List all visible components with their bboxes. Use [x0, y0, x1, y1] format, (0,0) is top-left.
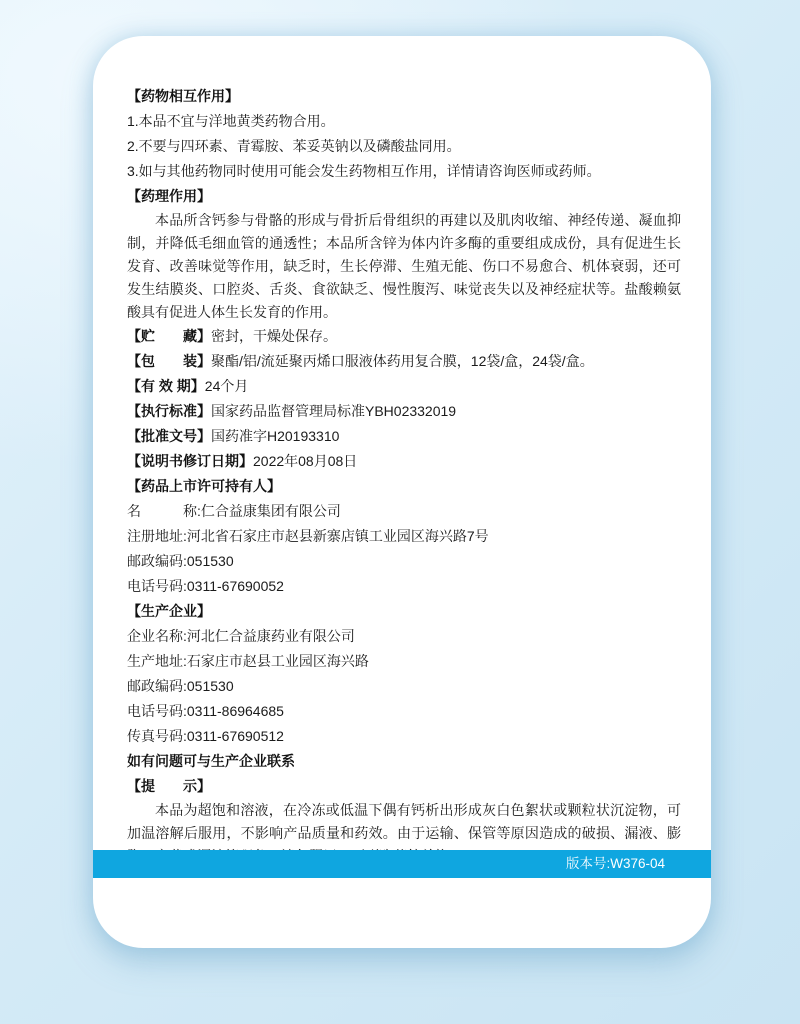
shelf-life-label: 【有 效 期】 [127, 378, 205, 394]
packaging-label: 【包 装】 [127, 353, 211, 369]
shelf-life-value: 24个月 [205, 378, 249, 394]
standard-label: 【执行标准】 [127, 403, 211, 419]
standard-value: 国家药品监督管理局标准YBH02332019 [211, 403, 456, 419]
revision-date-value: 2022年08月08日 [253, 453, 357, 469]
storage-label: 【贮 藏】 [127, 328, 211, 344]
drug-interaction-item-3: 3.如与其他药物同时使用可能会发生药物相互作用，详情请咨询医师或药师。 [127, 159, 681, 184]
packaging-value: 聚酯/铝/流延聚丙烯口服液体药用复合膜，12袋/盒，24袋/盒。 [211, 353, 594, 369]
section-heading-drug-interactions: 【药物相互作用】 [127, 84, 681, 109]
packaging-row: 【包 装】聚酯/铝/流延聚丙烯口服液体药用复合膜，12袋/盒，24袋/盒。 [127, 349, 681, 374]
pharmacology-paragraph: 本品所含钙参与骨骼的形成与骨折后骨组织的再建以及肌肉收缩、神经传递、凝血抑制，并… [127, 209, 681, 324]
approval-number-label: 【批准文号】 [127, 428, 211, 444]
manufacturer-company-name: 企业名称:河北仁合益康药业有限公司 [127, 624, 681, 649]
license-holder-registered-address: 注册地址:河北省石家庄市赵县新寨店镇工业园区海兴路7号 [127, 524, 681, 549]
manufacturer-contact-note: 如有问题可与生产企业联系 [127, 749, 681, 774]
drug-interaction-item-1: 1.本品不宜与洋地黄类药物合用。 [127, 109, 681, 134]
tips-row: 【提 示】 [127, 774, 681, 799]
revision-date-row: 【说明书修订日期】2022年08月08日 [127, 449, 681, 474]
manufacturer-phone: 电话号码:0311-86964685 [127, 699, 681, 724]
section-heading-license-holder: 【药品上市许可持有人】 [127, 474, 681, 499]
standard-row: 【执行标准】国家药品监督管理局标准YBH02332019 [127, 399, 681, 424]
license-holder-name: 名 称:仁合益康集团有限公司 [127, 499, 681, 524]
revision-date-label: 【说明书修订日期】 [127, 453, 253, 469]
leaflet-content: 【药物相互作用】 1.本品不宜与洋地黄类药物合用。 2.不要与四环素、青霉胺、苯… [127, 84, 681, 868]
manufacturer-fax: 传真号码:0311-67690512 [127, 724, 681, 749]
tips-label: 【提 示】 [127, 778, 211, 794]
license-holder-phone: 电话号码:0311-67690052 [127, 574, 681, 599]
drug-interaction-item-2: 2.不要与四环素、青霉胺、苯妥英钠以及磷酸盐同用。 [127, 134, 681, 159]
manufacturer-postal-code: 邮政编码:051530 [127, 674, 681, 699]
storage-value: 密封，干燥处保存。 [211, 328, 337, 344]
page-background: 【药物相互作用】 1.本品不宜与洋地黄类药物合用。 2.不要与四环素、青霉胺、苯… [0, 0, 800, 1024]
storage-row: 【贮 藏】密封，干燥处保存。 [127, 324, 681, 349]
shelf-life-row: 【有 效 期】24个月 [127, 374, 681, 399]
license-holder-postal-code: 邮政编码:051530 [127, 549, 681, 574]
manufacturer-production-address: 生产地址:石家庄市赵县工业园区海兴路 [127, 649, 681, 674]
footer-version-bar: 版本号:W376-04 [93, 850, 711, 878]
version-number: 版本号:W376-04 [566, 856, 665, 871]
approval-number-value: 国药准字H20193310 [211, 428, 339, 444]
section-heading-manufacturer: 【生产企业】 [127, 599, 681, 624]
section-heading-pharmacology: 【药理作用】 [127, 184, 681, 209]
leaflet-card: 【药物相互作用】 1.本品不宜与洋地黄类药物合用。 2.不要与四环素、青霉胺、苯… [93, 36, 711, 948]
approval-number-row: 【批准文号】国药准字H20193310 [127, 424, 681, 449]
